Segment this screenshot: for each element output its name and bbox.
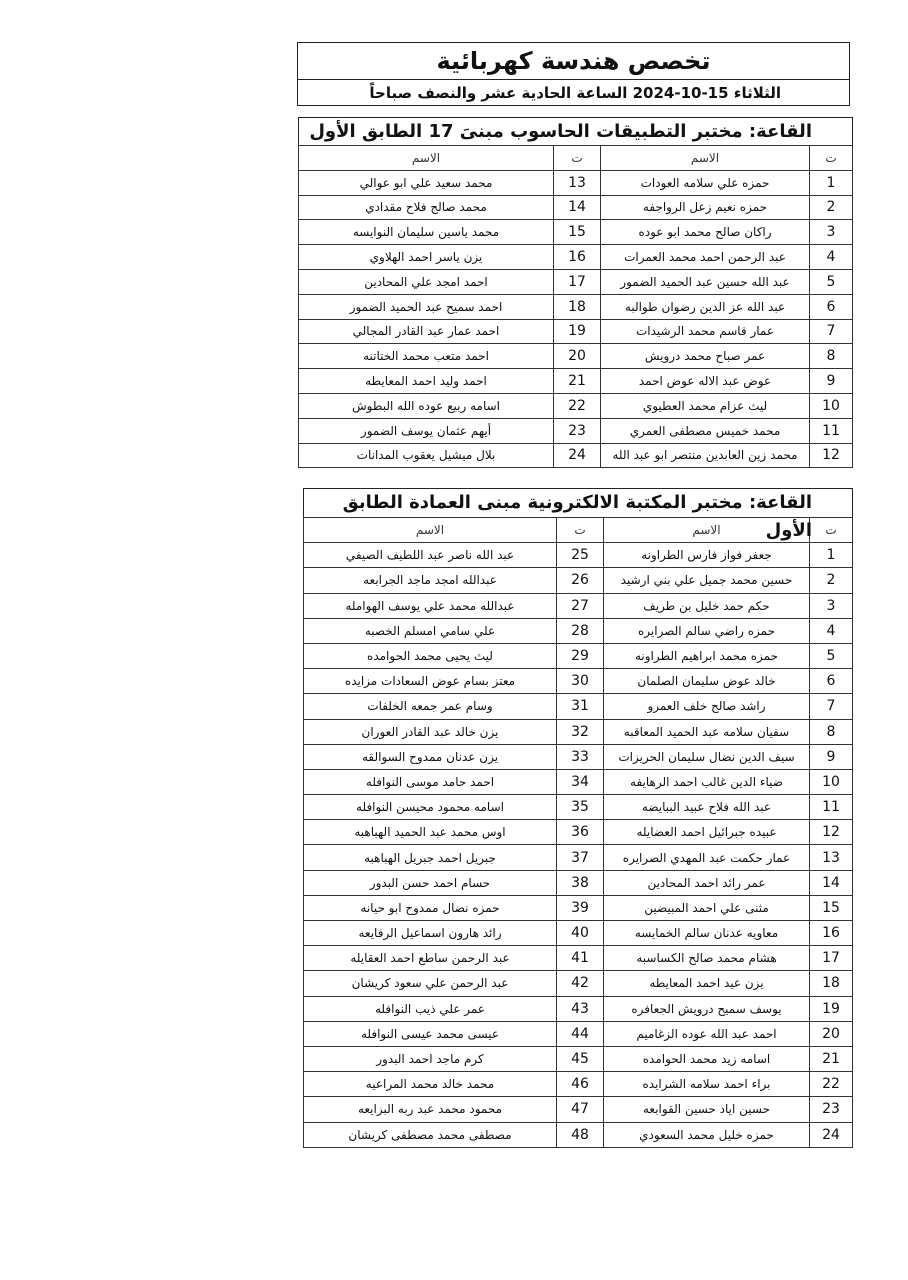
document-title: تخصص هندسة كهربائية	[298, 43, 849, 80]
serial-number: 5	[810, 643, 853, 668]
table-row: 12محمد زين العابدين منتصر ابو عبد الله24…	[299, 443, 853, 468]
serial-number: 20	[810, 1021, 853, 1046]
serial-number: 43	[557, 996, 604, 1021]
document-header: تخصص هندسة كهربائية الثلاثاء 15-10-2024 …	[297, 42, 850, 106]
student-name: احمد عبد الله عوده الزغاميم	[604, 1021, 810, 1046]
table-row: 11محمد خميس مصطفى العمري23أيهم عثمان يوس…	[299, 418, 853, 443]
serial-number: 26	[557, 568, 604, 593]
student-name: راكان صالح محمد ابو عوده	[601, 220, 810, 245]
student-name: يزن عدنان ممدوح السوالقه	[304, 744, 557, 769]
serial-number: 12	[810, 820, 853, 845]
table-row: 5عبد الله حسين عبد الحميد الضمور17احمد ا…	[299, 269, 853, 294]
student-name: بلال ميشيل يعقوب المدانات	[299, 443, 554, 468]
serial-number: 11	[810, 795, 853, 820]
serial-number: 21	[554, 369, 601, 394]
table-row: 1جعفر فواز فارس الطراونه25عبد الله ناصر …	[304, 543, 853, 568]
student-name: احمد متعب محمد الختاتنه	[299, 344, 554, 369]
serial-number: 16	[810, 921, 853, 946]
serial-number: 5	[810, 269, 853, 294]
student-name: حسين اياد حسين القوابعه	[604, 1097, 810, 1122]
student-name: عيسى محمد عيسى النوافله	[304, 1021, 557, 1046]
student-name: جبريل احمد جبريل الهباهبه	[304, 845, 557, 870]
serial-number: 28	[557, 618, 604, 643]
serial-number: 6	[810, 294, 853, 319]
table-row: 22براء احمد سلامه الشرايده46محمد خالد مح…	[304, 1072, 853, 1097]
student-name: محمد سعيد علي ابو عوالي	[299, 170, 554, 195]
serial-number: 14	[554, 195, 601, 220]
student-name: عمر رائد احمد المحادين	[604, 870, 810, 895]
table-row: 18يزن عيد احمد المعايطه42عبد الرحمن علي …	[304, 971, 853, 996]
serial-number: 3	[810, 220, 853, 245]
student-name: عبد الرحمن ساطع احمد العقايله	[304, 946, 557, 971]
table-row: 3راكان صالح محمد ابو عوده15محمد ياسين سل…	[299, 220, 853, 245]
student-name: احمد امجد علي المحادين	[299, 269, 554, 294]
table-row: 12عبيده جبرائيل احمد العضايله36اوس محمد …	[304, 820, 853, 845]
student-name: حمزه خليل محمد السعودي	[604, 1122, 810, 1147]
serial-number: 42	[557, 971, 604, 996]
student-name: أيهم عثمان يوسف الضمور	[299, 418, 554, 443]
student-name: احمد وليد احمد المعايطه	[299, 369, 554, 394]
serial-number: 30	[557, 669, 604, 694]
student-name: احمد حامد موسى النوافله	[304, 769, 557, 794]
exam-date-time: الثلاثاء 15-10-2024 الساعة الحادية عشر و…	[298, 80, 849, 106]
column-header-name: الاسم	[299, 146, 554, 171]
serial-number: 33	[557, 744, 604, 769]
serial-number: 1	[810, 170, 853, 195]
serial-number: 23	[810, 1097, 853, 1122]
student-name: حسين محمد جميل علي بني ارشيد	[604, 568, 810, 593]
serial-number: 35	[557, 795, 604, 820]
serial-number: 36	[557, 820, 604, 845]
serial-number: 9	[810, 744, 853, 769]
student-name: ليث عزام محمد العطيوي	[601, 393, 810, 418]
table-row: 14عمر رائد احمد المحادين38حسام احمد حسن …	[304, 870, 853, 895]
serial-number: 24	[810, 1122, 853, 1147]
student-name: ضياء الدين غالب احمد الرهايفه	[604, 769, 810, 794]
table-row: 8سفيان سلامه عبد الحميد المعاقبه32يزن خا…	[304, 719, 853, 744]
student-name: اسامه ربيع عوده الله البطوش	[299, 393, 554, 418]
student-name: حمزه راضي سالم الصرايره	[604, 618, 810, 643]
serial-number: 11	[810, 418, 853, 443]
serial-number: 2	[810, 195, 853, 220]
student-name: عبيده جبرائيل احمد العضايله	[604, 820, 810, 845]
serial-number: 6	[810, 669, 853, 694]
serial-number: 1	[810, 543, 853, 568]
student-name: علي سامي امسلم الخصبه	[304, 618, 557, 643]
column-header-number: ت	[810, 518, 853, 543]
student-name: عوض عبد الاله عوض احمد	[601, 369, 810, 394]
serial-number: 19	[554, 319, 601, 344]
serial-number: 31	[557, 694, 604, 719]
student-name: يزن عيد احمد المعايطه	[604, 971, 810, 996]
room-table-computer-lab: القاعة: مختبر التطبيقات الحاسوب مبنىَ 17…	[298, 117, 853, 468]
serial-number: 21	[810, 1046, 853, 1071]
header-row: ت الاسم ت الاسم	[299, 146, 853, 171]
table-row: 3حكم حمد خليل بن طريف27عبدالله محمد علي …	[304, 593, 853, 618]
serial-number: 3	[810, 593, 853, 618]
column-header-name: الاسم	[601, 146, 810, 171]
student-name: عبد الرحمن احمد محمد العمرات	[601, 245, 810, 270]
table-row: 9سيف الدين نضال سليمان الحريزات33يزن عدن…	[304, 744, 853, 769]
student-name: حسام احمد حسن البدور	[304, 870, 557, 895]
serial-number: 19	[810, 996, 853, 1021]
student-name: محمد خالد محمد المراعيه	[304, 1072, 557, 1097]
serial-number: 18	[554, 294, 601, 319]
serial-number: 29	[557, 643, 604, 668]
serial-number: 34	[557, 769, 604, 794]
table-row: 13عمار حكمت عبد المهدي الصرايره37جبريل ا…	[304, 845, 853, 870]
table-row: 2حسين محمد جميل علي بني ارشيد26عبدالله ا…	[304, 568, 853, 593]
table-row: 15مثنى علي احمد المبيضين39حمزه نضال ممدو…	[304, 895, 853, 920]
student-name: محمد صالح فلاح مقدادي	[299, 195, 554, 220]
student-name: اوس محمد عبد الحميد الهباهبه	[304, 820, 557, 845]
student-name: محمد خميس مصطفى العمري	[601, 418, 810, 443]
column-header-number: ت	[810, 146, 853, 171]
student-name: اسامه زيد محمد الحوامده	[604, 1046, 810, 1071]
student-name: براء احمد سلامه الشرايده	[604, 1072, 810, 1097]
serial-number: 40	[557, 921, 604, 946]
serial-number: 17	[810, 946, 853, 971]
table-row: 2حمزه نعيم زعل الرواجفه14محمد صالح فلاح …	[299, 195, 853, 220]
serial-number: 10	[810, 393, 853, 418]
student-name: عمار قاسم محمد الرشيدات	[601, 319, 810, 344]
student-name: رائد هارون اسماعيل الرفايعه	[304, 921, 557, 946]
table-row: 4عبد الرحمن احمد محمد العمرات16يزن ياسر …	[299, 245, 853, 270]
serial-number: 15	[554, 220, 601, 245]
serial-number: 23	[554, 418, 601, 443]
student-name: محمد ياسين سليمان النوايسه	[299, 220, 554, 245]
serial-number: 47	[557, 1097, 604, 1122]
student-name: ليث يحيى محمد الحوامده	[304, 643, 557, 668]
serial-number: 7	[810, 319, 853, 344]
student-name: حمزه علي سلامه العودات	[601, 170, 810, 195]
serial-number: 14	[810, 870, 853, 895]
table-row: 19يوسف سميح درويش الجعافره43عمر علي ذيب …	[304, 996, 853, 1021]
serial-number: 44	[557, 1021, 604, 1046]
student-name: راشد صالح خلف العمرو	[604, 694, 810, 719]
table-row: 20احمد عبد الله عوده الزغاميم44عيسى محمد…	[304, 1021, 853, 1046]
serial-number: 37	[557, 845, 604, 870]
student-name: معتز بسام عوض السعادات مزايده	[304, 669, 557, 694]
table-row: 7راشد صالح خلف العمرو31وسام عمر جمعه الخ…	[304, 694, 853, 719]
serial-number: 48	[557, 1122, 604, 1147]
table-row: 6خالد عوض سليمان الصلمان30معتز بسام عوض …	[304, 669, 853, 694]
serial-number: 22	[810, 1072, 853, 1097]
student-name: عبد الله عز الدين رضوان طوالبه	[601, 294, 810, 319]
table-row: 6عبد الله عز الدين رضوان طوالبه18احمد سم…	[299, 294, 853, 319]
table-row: 10ضياء الدين غالب احمد الرهايفه34احمد حا…	[304, 769, 853, 794]
serial-number: 45	[557, 1046, 604, 1071]
serial-number: 2	[810, 568, 853, 593]
student-name: خالد عوض سليمان الصلمان	[604, 669, 810, 694]
serial-number: 8	[810, 719, 853, 744]
serial-number: 39	[557, 895, 604, 920]
student-name: عبد الله ناصر عبد اللطيف الصيفي	[304, 543, 557, 568]
table-row: 8عمر صباح محمد درويش20احمد متعب محمد الخ…	[299, 344, 853, 369]
room-title: القاعة: مختبر التطبيقات الحاسوب مبنىَ 17…	[298, 117, 853, 145]
table-row: 1حمزه علي سلامه العودات13محمد سعيد علي ا…	[299, 170, 853, 195]
student-name: احمد عمار عبد القادر المجالي	[299, 319, 554, 344]
serial-number: 25	[557, 543, 604, 568]
student-name: سفيان سلامه عبد الحميد المعاقبه	[604, 719, 810, 744]
serial-number: 24	[554, 443, 601, 468]
serial-number: 4	[810, 245, 853, 270]
student-name: مثنى علي احمد المبيضين	[604, 895, 810, 920]
serial-number: 38	[557, 870, 604, 895]
student-name: حكم حمد خليل بن طريف	[604, 593, 810, 618]
student-name: سيف الدين نضال سليمان الحريزات	[604, 744, 810, 769]
student-name: يوسف سميح درويش الجعافره	[604, 996, 810, 1021]
table-row: 16معاويه عدنان سالم الخمايسه40رائد هارون…	[304, 921, 853, 946]
serial-number: 15	[810, 895, 853, 920]
student-name: محمد زين العابدين منتصر ابو عبد الله	[601, 443, 810, 468]
table-row: 24حمزه خليل محمد السعودي48مصطفى محمد مصط…	[304, 1122, 853, 1147]
table-row: 11عبد الله فلاح عبيد الببايضه35اسامه محم…	[304, 795, 853, 820]
serial-number: 8	[810, 344, 853, 369]
student-name: معاويه عدنان سالم الخمايسه	[604, 921, 810, 946]
table-row: 4حمزه راضي سالم الصرايره28علي سامي امسلم…	[304, 618, 853, 643]
student-name: جعفر فواز فارس الطراونه	[604, 543, 810, 568]
column-header-name: الاسم	[304, 518, 557, 543]
student-name: احمد سميح عبد الحميد الضمور	[299, 294, 554, 319]
table-row: 9عوض عبد الاله عوض احمد21احمد وليد احمد …	[299, 369, 853, 394]
student-name: عمر علي ذيب النوافله	[304, 996, 557, 1021]
serial-number: 12	[810, 443, 853, 468]
table-row: 17هشام محمد صالح الكساسبه41عبد الرحمن سا…	[304, 946, 853, 971]
student-name: محمود محمد عبد ربه البزايعه	[304, 1097, 557, 1122]
serial-number: 16	[554, 245, 601, 270]
student-name: حمزه نضال ممدوح ابو حيانه	[304, 895, 557, 920]
serial-number: 7	[810, 694, 853, 719]
student-name: حمزه نعيم زعل الرواجفه	[601, 195, 810, 220]
student-name: عبد الله حسين عبد الحميد الضمور	[601, 269, 810, 294]
serial-number: 41	[557, 946, 604, 971]
serial-number: 17	[554, 269, 601, 294]
column-header-number: ت	[554, 146, 601, 171]
student-name: عمار حكمت عبد المهدي الصرايره	[604, 845, 810, 870]
serial-number: 22	[554, 393, 601, 418]
student-name: يزن ياسر احمد الهلاوي	[299, 245, 554, 270]
serial-number: 20	[554, 344, 601, 369]
serial-number: 4	[810, 618, 853, 643]
student-name: عبدالله امجد ماجد الجرابعه	[304, 568, 557, 593]
student-name: مصطفى محمد مصطفى كريشان	[304, 1122, 557, 1147]
serial-number: 18	[810, 971, 853, 996]
table-row: 10ليث عزام محمد العطيوي22اسامه ربيع عوده…	[299, 393, 853, 418]
student-name: عبد الرحمن علي سعود كريشان	[304, 971, 557, 996]
serial-number: 27	[557, 593, 604, 618]
serial-number: 32	[557, 719, 604, 744]
student-name: عبد الله فلاح عبيد الببايضه	[604, 795, 810, 820]
table-body: 1جعفر فواز فارس الطراونه25عبد الله ناصر …	[304, 543, 853, 1148]
student-name: يزن خالد عبد القادر العوران	[304, 719, 557, 744]
student-name: حمزه محمد ابراهيم الطراونه	[604, 643, 810, 668]
table-row: 21اسامه زيد محمد الحوامده45كرم ماجد احمد…	[304, 1046, 853, 1071]
room-title: القاعة: مختبر المكتبة الالكترونية مبنى ا…	[303, 488, 853, 517]
column-header-number: ت	[557, 518, 604, 543]
student-name: وسام عمر جمعه الخلفات	[304, 694, 557, 719]
table-row: 7عمار قاسم محمد الرشيدات19احمد عمار عبد …	[299, 319, 853, 344]
serial-number: 46	[557, 1072, 604, 1097]
student-name: اسامه محمود محيسن النوافله	[304, 795, 557, 820]
student-name: كرم ماجد احمد البدور	[304, 1046, 557, 1071]
serial-number: 9	[810, 369, 853, 394]
student-name: هشام محمد صالح الكساسبه	[604, 946, 810, 971]
serial-number: 13	[554, 170, 601, 195]
room-table-e-library-lab: القاعة: مختبر المكتبة الالكترونية مبنى ا…	[303, 488, 853, 1148]
table-body: 1حمزه علي سلامه العودات13محمد سعيد علي ا…	[299, 170, 853, 468]
table-row: 23حسين اياد حسين القوابعه47محمود محمد عب…	[304, 1097, 853, 1122]
table-row: 5حمزه محمد ابراهيم الطراونه29ليث يحيى مح…	[304, 643, 853, 668]
student-name: عمر صباح محمد درويش	[601, 344, 810, 369]
serial-number: 13	[810, 845, 853, 870]
student-name: عبدالله محمد علي يوسف الهوامله	[304, 593, 557, 618]
serial-number: 10	[810, 769, 853, 794]
